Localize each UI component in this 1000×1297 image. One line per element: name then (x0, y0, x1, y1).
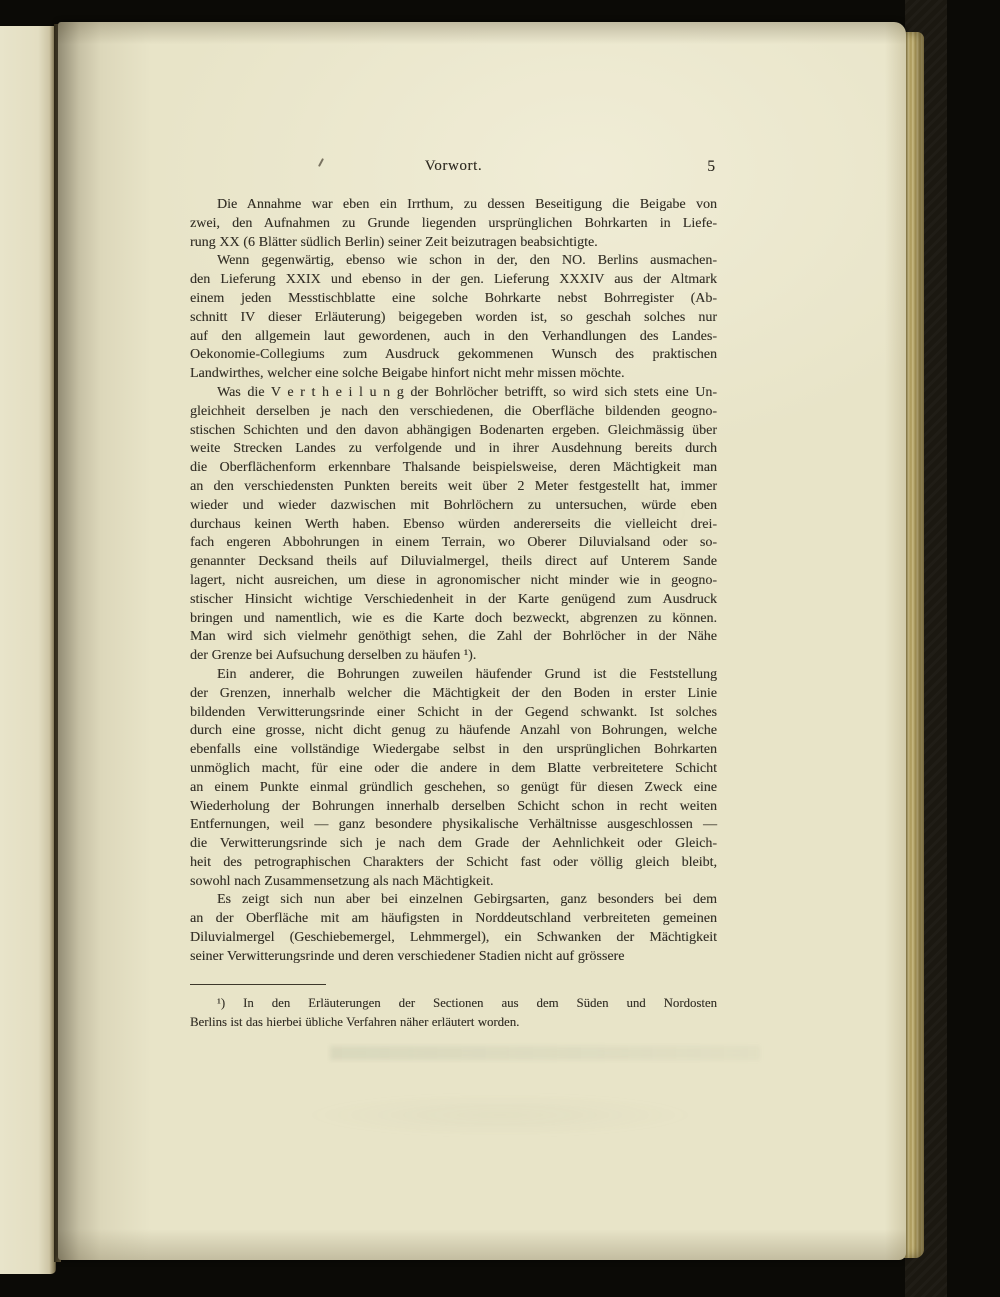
text-line: zwei, den Aufnahmen zu Grunde liegenden … (190, 215, 717, 234)
text-line: sowohl nach Zusammensetzung als nach Mäc… (190, 873, 717, 892)
text-line: schnitt IV dieser Erläuterung) beigegebe… (190, 309, 717, 328)
text-line: unmöglich macht, für eine oder die ander… (190, 760, 717, 779)
left-facing-page-edge (0, 26, 56, 1274)
text-line: stischen Schichten und den davon abhängi… (190, 422, 717, 441)
text-line: Diluvialmergel (Geschiebemergel, Lehmmer… (190, 929, 717, 948)
text-line: rung XX (6 Blätter südlich Berlin) seine… (190, 234, 717, 253)
text-line: an einem Punkte einmal gründlich gescheh… (190, 779, 717, 798)
text-line: auf den allgemein laut gewordenen, auch … (190, 328, 717, 347)
text-line: Man wird sich vielmehr genöthigt sehen, … (190, 628, 717, 647)
paragraph: Die Annahme war eben ein Irrthum, zu des… (190, 196, 717, 252)
text-line: Landwirthes, welcher eine solche Beigabe… (190, 365, 717, 384)
text-line: durch eine grosse, nicht dicht genug zu … (190, 722, 717, 741)
text-line: Oekonomie-Collegiums zum Ausdruck gekomm… (190, 346, 717, 365)
paragraph: Was die V e r t h e i l u n g der Bohrlö… (190, 384, 717, 666)
text-line: genannter Decksand theils auf Diluvialme… (190, 553, 717, 572)
text-line: Die Annahme war eben ein Irrthum, zu des… (190, 196, 717, 215)
text-line: der Grenzen, innerhalb welcher die Mächt… (190, 685, 717, 704)
text-line: stischer Hinsicht wichtige Verschiedenhe… (190, 591, 717, 610)
text-line: an den verschiedensten Punkten bereits w… (190, 478, 717, 497)
text-line: die Oberflächenform erkennbare Thalsande… (190, 459, 717, 478)
text-line: Wiederholung der Bohrungen innerhalb der… (190, 798, 717, 817)
footnote-rule (190, 984, 326, 985)
text-line: ¹) In den Erläuterungen der Sectionen au… (190, 994, 717, 1013)
footnote-text: ¹) In den Erläuterungen der Sectionen au… (190, 994, 717, 1032)
text-line: die Verwitterungsrinde sich je nach dem … (190, 835, 717, 854)
text-line: der Grenze bei Aufsuchung derselben zu h… (190, 647, 717, 666)
text-line: heit des petrographischen Charakters der… (190, 854, 717, 873)
text-line: weite Strecken Landes zu verfolgende und… (190, 440, 717, 459)
text-line: seiner Verwitterungsrinde und deren vers… (190, 948, 717, 967)
text-line: bringen und namentlich, wie es die Karte… (190, 610, 717, 629)
page-title: Vorwort. (190, 158, 717, 175)
text-line: Berlins ist das hierbei übliche Verfahre… (190, 1013, 717, 1032)
text-line: lagert, nicht ausreichen, um diese in ag… (190, 572, 717, 591)
paragraph: Es zeigt sich nun aber bei einzelnen Geb… (190, 891, 717, 966)
text-line: wieder und wieder dazwischen mit Bohrlöc… (190, 497, 717, 516)
text-line: Ein anderer, die Bohrungen zuweilen häuf… (190, 666, 717, 685)
text-line: durchaus keinen Werth haben. Ebenso würd… (190, 516, 717, 535)
paragraphs: Die Annahme war eben ein Irrthum, zu des… (190, 196, 717, 967)
paragraph: Ein anderer, die Bohrungen zuweilen häuf… (190, 666, 717, 892)
text-line: den Lieferung XXIX und ebenso in der gen… (190, 271, 717, 290)
text-line: Wenn gegenwärtig, ebenso wie schon in de… (190, 252, 717, 271)
text-line: Es zeigt sich nun aber bei einzelnen Geb… (190, 891, 717, 910)
text-line: an der Oberfläche mit am häufigsten in N… (190, 910, 717, 929)
text-line: einem jeden Messtischblatte eine solche … (190, 290, 717, 309)
text-line: Was die V e r t h e i l u n g der Bohrlö… (190, 384, 717, 403)
page-header: Vorwort. 5 (190, 158, 717, 180)
text-line: gleichheit derselben je nach den verschi… (190, 403, 717, 422)
text-line: fach engeren Abbohrungen in einem Terrai… (190, 534, 717, 553)
text-line: ebenfalls eine vollständige Wiedergabe s… (190, 741, 717, 760)
text-block: Vorwort. 5 Die Annahme war eben ein Irrt… (190, 158, 717, 1032)
page-number: 5 (707, 158, 715, 176)
text-line: Entfernungen, weil — ganz besondere phys… (190, 816, 717, 835)
paragraph: Wenn gegenwärtig, ebenso wie schon in de… (190, 252, 717, 384)
text-line: bildenden Verwitterungsrinde einer Schic… (190, 704, 717, 723)
